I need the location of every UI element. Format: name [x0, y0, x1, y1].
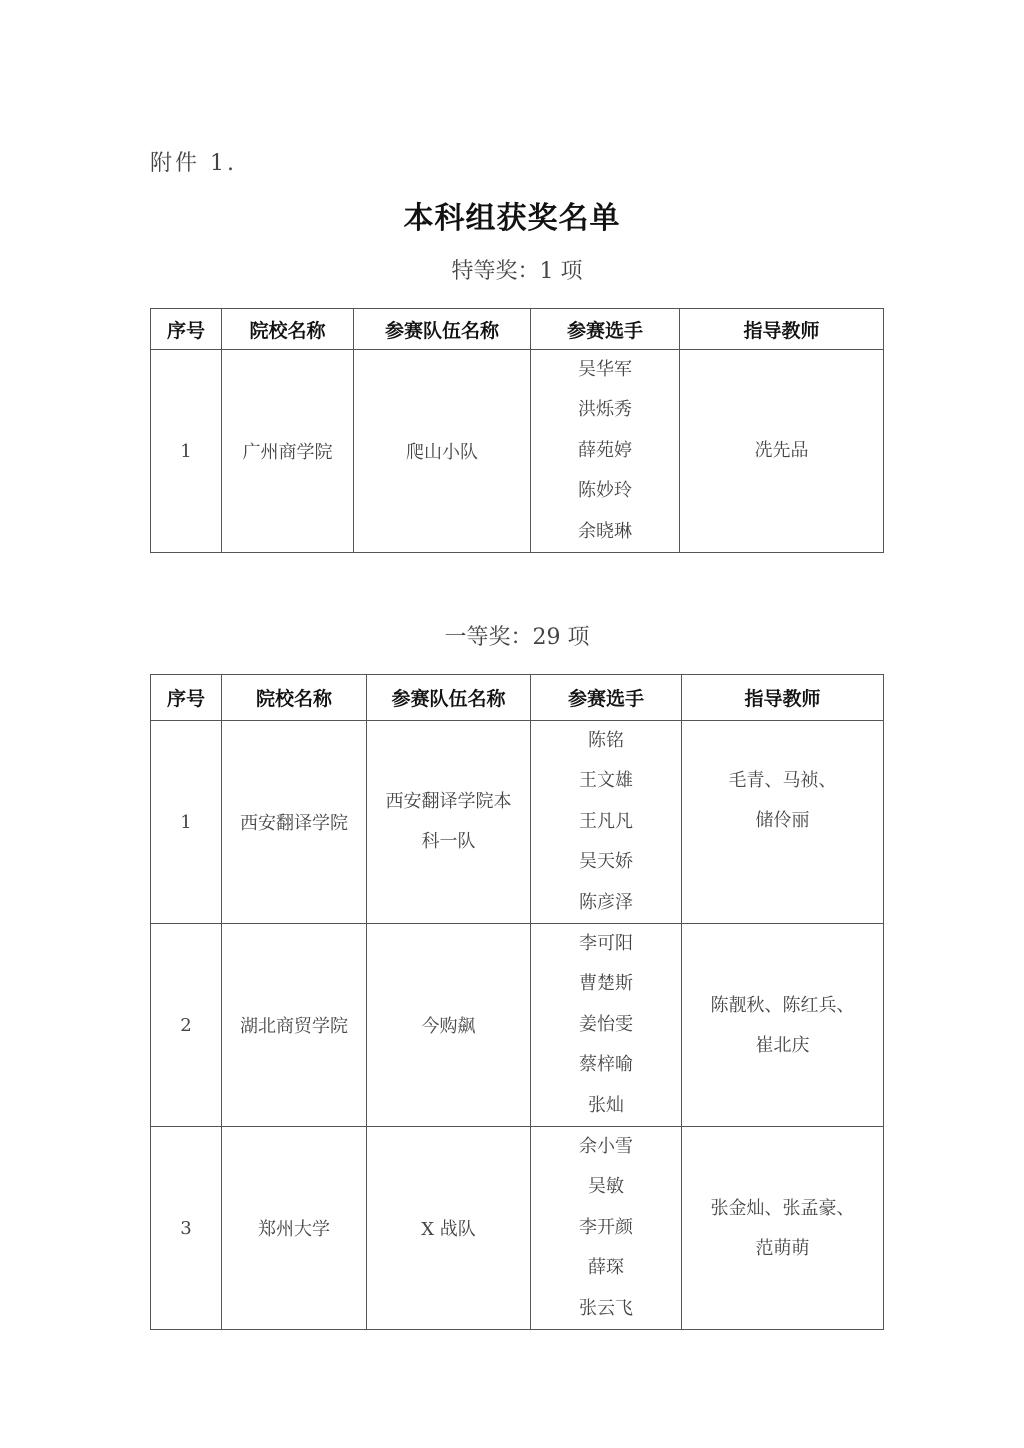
- advisor-line: 冼先品: [690, 431, 873, 471]
- team-name-line: 科一队: [373, 822, 524, 862]
- advisor-line: 张金灿、张孟豪、: [692, 1189, 873, 1229]
- row-number: 1: [151, 721, 222, 924]
- advisor-names: 张金灿、张孟豪、 范萌萌: [682, 1127, 884, 1330]
- school-name: 郑州大学: [222, 1127, 367, 1330]
- player-name: 薛苑婷: [531, 431, 679, 471]
- column-header-advisors: 指导教师: [680, 309, 884, 350]
- advisor-line: 范萌萌: [692, 1229, 873, 1269]
- player-name: 李开颜: [531, 1208, 681, 1248]
- column-header-school: 院校名称: [222, 309, 354, 350]
- row-number: 1: [151, 350, 222, 553]
- column-header-team: 参赛队伍名称: [354, 309, 531, 350]
- advisor-line: 崔北庆: [692, 1026, 873, 1066]
- column-header-no: 序号: [151, 309, 222, 350]
- players-list: 余小雪 吴敏 李开颜 薛琛 张云飞: [531, 1127, 682, 1330]
- team-name: 爬山小队: [354, 350, 531, 553]
- advisor-names: 冼先品: [680, 350, 884, 553]
- player-name: 吴华军: [531, 350, 679, 390]
- advisor-line: 毛青、马祯、: [692, 761, 873, 801]
- players-list: 李可阳 曹楚斯 姜怡雯 蔡梓喻 张灿: [531, 924, 682, 1127]
- player-name: 陈妙玲: [531, 471, 679, 511]
- team-name: 今购飙: [367, 924, 531, 1127]
- table-header-row: 序号 院校名称 参赛队伍名称 参赛选手 指导教师: [151, 309, 884, 350]
- column-header-team: 参赛队伍名称: [367, 675, 531, 721]
- column-header-players: 参赛选手: [531, 675, 682, 721]
- row-number: 3: [151, 1127, 222, 1330]
- player-name: 张灿: [531, 1086, 681, 1126]
- players-list: 陈铭 王文雄 王凡凡 吴天娇 陈彦泽: [531, 721, 682, 924]
- player-name: 张云飞: [531, 1289, 681, 1329]
- player-name: 余小雪: [531, 1127, 681, 1167]
- player-name: 蔡梓喻: [531, 1045, 681, 1085]
- table-row: 3 郑州大学 X 战队 余小雪 吴敏 李开颜 薛琛 张云飞 张金灿、张孟豪、 范…: [151, 1127, 884, 1330]
- player-name: 陈彦泽: [531, 883, 681, 923]
- player-name: 吴天娇: [531, 842, 681, 882]
- column-header-players: 参赛选手: [531, 309, 680, 350]
- team-name: X 战队: [367, 1127, 531, 1330]
- advisor-line: 储伶丽: [692, 801, 873, 841]
- player-name: 王文雄: [531, 761, 681, 801]
- attachment-label: 附件 1.: [150, 146, 237, 177]
- player-name: 李可阳: [531, 924, 681, 964]
- row-number: 2: [151, 924, 222, 1127]
- school-name: 广州商学院: [222, 350, 354, 553]
- column-header-no: 序号: [151, 675, 222, 721]
- section-heading-first-prize: 一等奖：29 项: [0, 620, 1024, 651]
- team-name-line: 西安翻译学院本: [373, 782, 524, 822]
- column-header-advisors: 指导教师: [682, 675, 884, 721]
- player-name: 陈铭: [531, 721, 681, 761]
- column-header-school: 院校名称: [222, 675, 367, 721]
- team-name: 西安翻译学院本 科一队: [367, 721, 531, 924]
- advisor-names: 陈靓秋、陈红兵、 崔北庆: [682, 924, 884, 1127]
- table-row: 1 广州商学院 爬山小队 吴华军 洪烁秀 薛苑婷 陈妙玲 余晓琳 冼先品: [151, 350, 884, 553]
- table-row: 2 湖北商贸学院 今购飙 李可阳 曹楚斯 姜怡雯 蔡梓喻 张灿 陈靓秋、陈红兵、…: [151, 924, 884, 1127]
- table-header-row: 序号 院校名称 参赛队伍名称 参赛选手 指导教师: [151, 675, 884, 721]
- special-prize-table: 序号 院校名称 参赛队伍名称 参赛选手 指导教师 1 广州商学院 爬山小队 吴华…: [150, 308, 884, 553]
- table-row: 1 西安翻译学院 西安翻译学院本 科一队 陈铭 王文雄 王凡凡 吴天娇 陈彦泽 …: [151, 721, 884, 924]
- advisor-line: 陈靓秋、陈红兵、: [692, 986, 873, 1026]
- player-name: 王凡凡: [531, 802, 681, 842]
- first-prize-table: 序号 院校名称 参赛队伍名称 参赛选手 指导教师 1 西安翻译学院 西安翻译学院…: [150, 674, 884, 1330]
- page-title: 本科组获奖名单: [0, 193, 1024, 237]
- school-name: 西安翻译学院: [222, 721, 367, 924]
- section-heading-special-prize: 特等奖：1 项: [0, 254, 1024, 285]
- advisor-names: 毛青、马祯、 储伶丽: [682, 721, 884, 924]
- player-name: 洪烁秀: [531, 390, 679, 430]
- school-name: 湖北商贸学院: [222, 924, 367, 1127]
- player-name: 姜怡雯: [531, 1005, 681, 1045]
- players-list: 吴华军 洪烁秀 薛苑婷 陈妙玲 余晓琳: [531, 350, 680, 553]
- player-name: 余晓琳: [531, 512, 679, 552]
- player-name: 曹楚斯: [531, 964, 681, 1004]
- player-name: 吴敏: [531, 1167, 681, 1207]
- player-name: 薛琛: [531, 1248, 681, 1288]
